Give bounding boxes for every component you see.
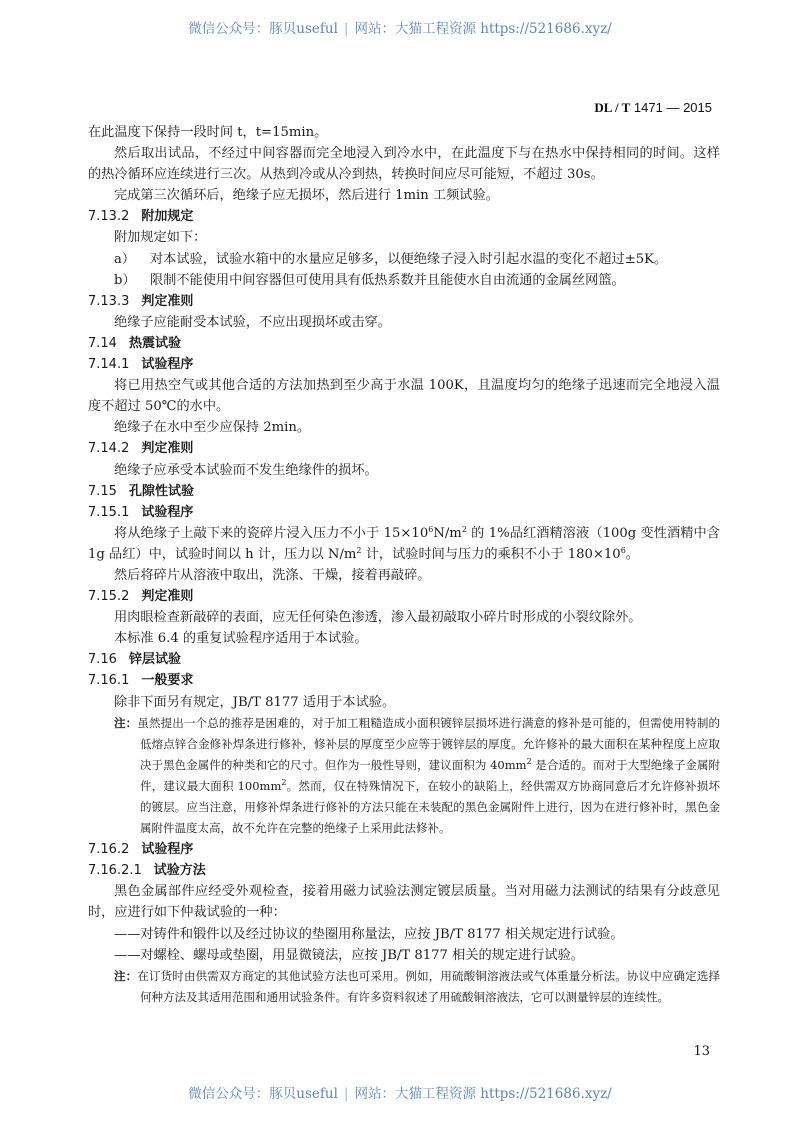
section-heading-7-13-2: 7.13.2附加规定: [88, 206, 720, 227]
section-heading-7-14-1: 7.14.1试验程序: [88, 354, 720, 375]
section-number: 7.15: [88, 484, 117, 499]
section-number: 7.16.2.1: [88, 863, 142, 878]
note-text: 在订货时由供需双方商定的其他试验方法也可采用。例如，用硫酸铜溶液法或气体重量分析…: [137, 969, 720, 1004]
page-number: 13: [693, 1044, 710, 1059]
text-run: 计，试验时间与压力的乘积不小于 180×10: [362, 547, 621, 562]
paragraph: 绝缘子应能耐受本试验，不应出现损坏或击穿。: [88, 312, 720, 333]
watermark-top: 微信公众号：豚贝useful|网站：大猫工程资源 https://521686.…: [0, 17, 800, 37]
watermark-separator: |: [344, 21, 349, 37]
note-label: 注：: [114, 969, 137, 983]
watermark-bottom: 微信公众号：豚贝useful|网站：大猫工程资源 https://521686.…: [0, 1082, 800, 1102]
section-number: 7.16: [88, 652, 117, 667]
section-number: 7.16.2: [88, 842, 129, 857]
paragraph: 附加规定如下：: [88, 227, 720, 248]
section-heading-7-16-2-1: 7.16.2.1试验方法: [88, 860, 720, 881]
list-marker: a）: [114, 249, 150, 270]
watermark-separator: |: [344, 1086, 349, 1102]
list-text: 对本试验，试验水箱中的水量应足够多，以便绝缘子浸入时引起水温的变化不超过±5K。: [150, 252, 667, 267]
paragraph: 然后将碎片从溶液中取出，洗涤、干燥，接着再敲碎。: [88, 565, 720, 586]
paragraph: 然后取出试品，不经过中间容器而完全地浸入到冷水中，在此温度下与在热水中保持相同的…: [88, 143, 720, 185]
paragraph: 在此温度下保持一段时间 t，t=15min。: [88, 122, 720, 143]
note-label: 注：: [114, 716, 137, 730]
section-heading-7-16-1: 7.16.1一般要求: [88, 670, 720, 691]
paragraph: 将已用热空气或其他合适的方法加热到至少高于水温 100K，且温度均匀的绝缘子迅速…: [88, 375, 720, 417]
section-title: 判定准则: [141, 441, 193, 456]
watermark-website: 网站：大猫工程资源 https://521686.xyz/: [354, 1086, 611, 1102]
standard-number: 1471 — 2015: [634, 100, 712, 115]
list-text: 限制不能使用中间容器但可使用具有低热系数并且能使水自由流通的金属丝网篮。: [150, 273, 625, 288]
section-title: 试验程序: [141, 505, 193, 520]
section-heading-7-14-2: 7.14.2判定准则: [88, 438, 720, 459]
section-title: 孔隙性试验: [129, 484, 194, 499]
paragraph: 绝缘子应承受本试验而不发生绝缘件的损坏。: [88, 460, 720, 481]
paragraph: 绝缘子在水中至少应保持 2min。: [88, 417, 720, 438]
list-item-a: a）对本试验，试验水箱中的水量应足够多，以便绝缘子浸入时引起水温的变化不超过±5…: [88, 249, 720, 270]
watermark-website: 网站：大猫工程资源 https://521686.xyz/: [354, 21, 611, 37]
watermark-wechat: 微信公众号：豚贝useful: [188, 1086, 338, 1102]
section-title: 试验方法: [154, 863, 206, 878]
section-number: 7.14.2: [88, 441, 129, 456]
dash-item: ——对螺栓、螺母或垫圈，用显微镜法，应按 JB/T 8177 相关的规定进行试验…: [88, 945, 720, 966]
section-number: 7.15.2: [88, 589, 129, 604]
section-title: 判定准则: [141, 589, 193, 604]
note-2: 注：在订货时由供需双方商定的其他试验方法也可采用。例如，用硫酸铜溶液法或气体重量…: [88, 966, 720, 1008]
section-title: 试验程序: [141, 842, 193, 857]
text-run: 。: [626, 547, 639, 562]
section-title: 一般要求: [141, 673, 193, 688]
section-number: 7.13.3: [88, 294, 129, 309]
section-heading-7-15-1: 7.15.1试验程序: [88, 502, 720, 523]
note-1: 注：虽然提出一个总的推荐是困难的，对于加工粗糙造成小面积镀锌层损坏进行满意的修补…: [88, 713, 720, 840]
section-title: 试验程序: [141, 357, 193, 372]
standard-code: DL / T 1471 — 2015: [594, 100, 712, 116]
section-heading-7-14: 7.14热震试验: [88, 333, 720, 354]
section-heading-7-15: 7.15孔隙性试验: [88, 481, 720, 502]
section-heading-7-16: 7.16锌层试验: [88, 649, 720, 670]
section-heading-7-15-2: 7.15.2判定准则: [88, 586, 720, 607]
section-title: 附加规定: [141, 209, 193, 224]
text-run: N/m: [433, 526, 462, 541]
paragraph: 黑色金属部件应经受外观检查，接着用磁力试验法测定镀层质量。当对用磁力法测试的结果…: [88, 881, 720, 923]
section-number: 7.13.2: [88, 209, 129, 224]
paragraph: 除非下面另有规定，JB/T 8177 适用于本试验。: [88, 692, 720, 713]
section-heading-7-16-2: 7.16.2试验程序: [88, 839, 720, 860]
section-title: 锌层试验: [129, 652, 181, 667]
dash-item: ——对铸件和锻件以及经过协议的垫圈用称量法，应按 JB/T 8177 相关规定进…: [88, 924, 720, 945]
paragraph: 完成第三次循环后，绝缘子应无损坏，然后进行 1min 工频试验。: [88, 185, 720, 206]
list-item-b: b）限制不能使用中间容器但可使用具有低热系数并且能使水自由流通的金属丝网篮。: [88, 270, 720, 291]
paragraph: 本标准 6.4 的重复试验程序适用于本试验。: [88, 628, 720, 649]
paragraph: 用肉眼检查新敲碎的表面，应无任何染色渗透，渗入最初敲取小碎片时形成的小裂纹除外。: [88, 607, 720, 628]
section-title: 判定准则: [141, 294, 193, 309]
paragraph: 将从绝缘子上敲下来的瓷碎片浸入压力不小于 15×106N/m2 的 1%品红酒精…: [88, 523, 720, 565]
section-number: 7.14.1: [88, 357, 129, 372]
document-body: 在此温度下保持一段时间 t，t=15min。 然后取出试品，不经过中间容器而完全…: [88, 122, 720, 1008]
section-title: 热震试验: [129, 336, 181, 351]
section-number: 7.14: [88, 336, 117, 351]
watermark-wechat: 微信公众号：豚贝useful: [188, 21, 338, 37]
section-heading-7-13-3: 7.13.3判定准则: [88, 291, 720, 312]
standard-prefix: DL / T: [594, 100, 630, 115]
list-marker: b）: [114, 270, 150, 291]
section-number: 7.16.1: [88, 673, 129, 688]
section-number: 7.15.1: [88, 505, 129, 520]
text-run: 将从绝缘子上敲下来的瓷碎片浸入压力不小于 15×10: [114, 526, 428, 541]
